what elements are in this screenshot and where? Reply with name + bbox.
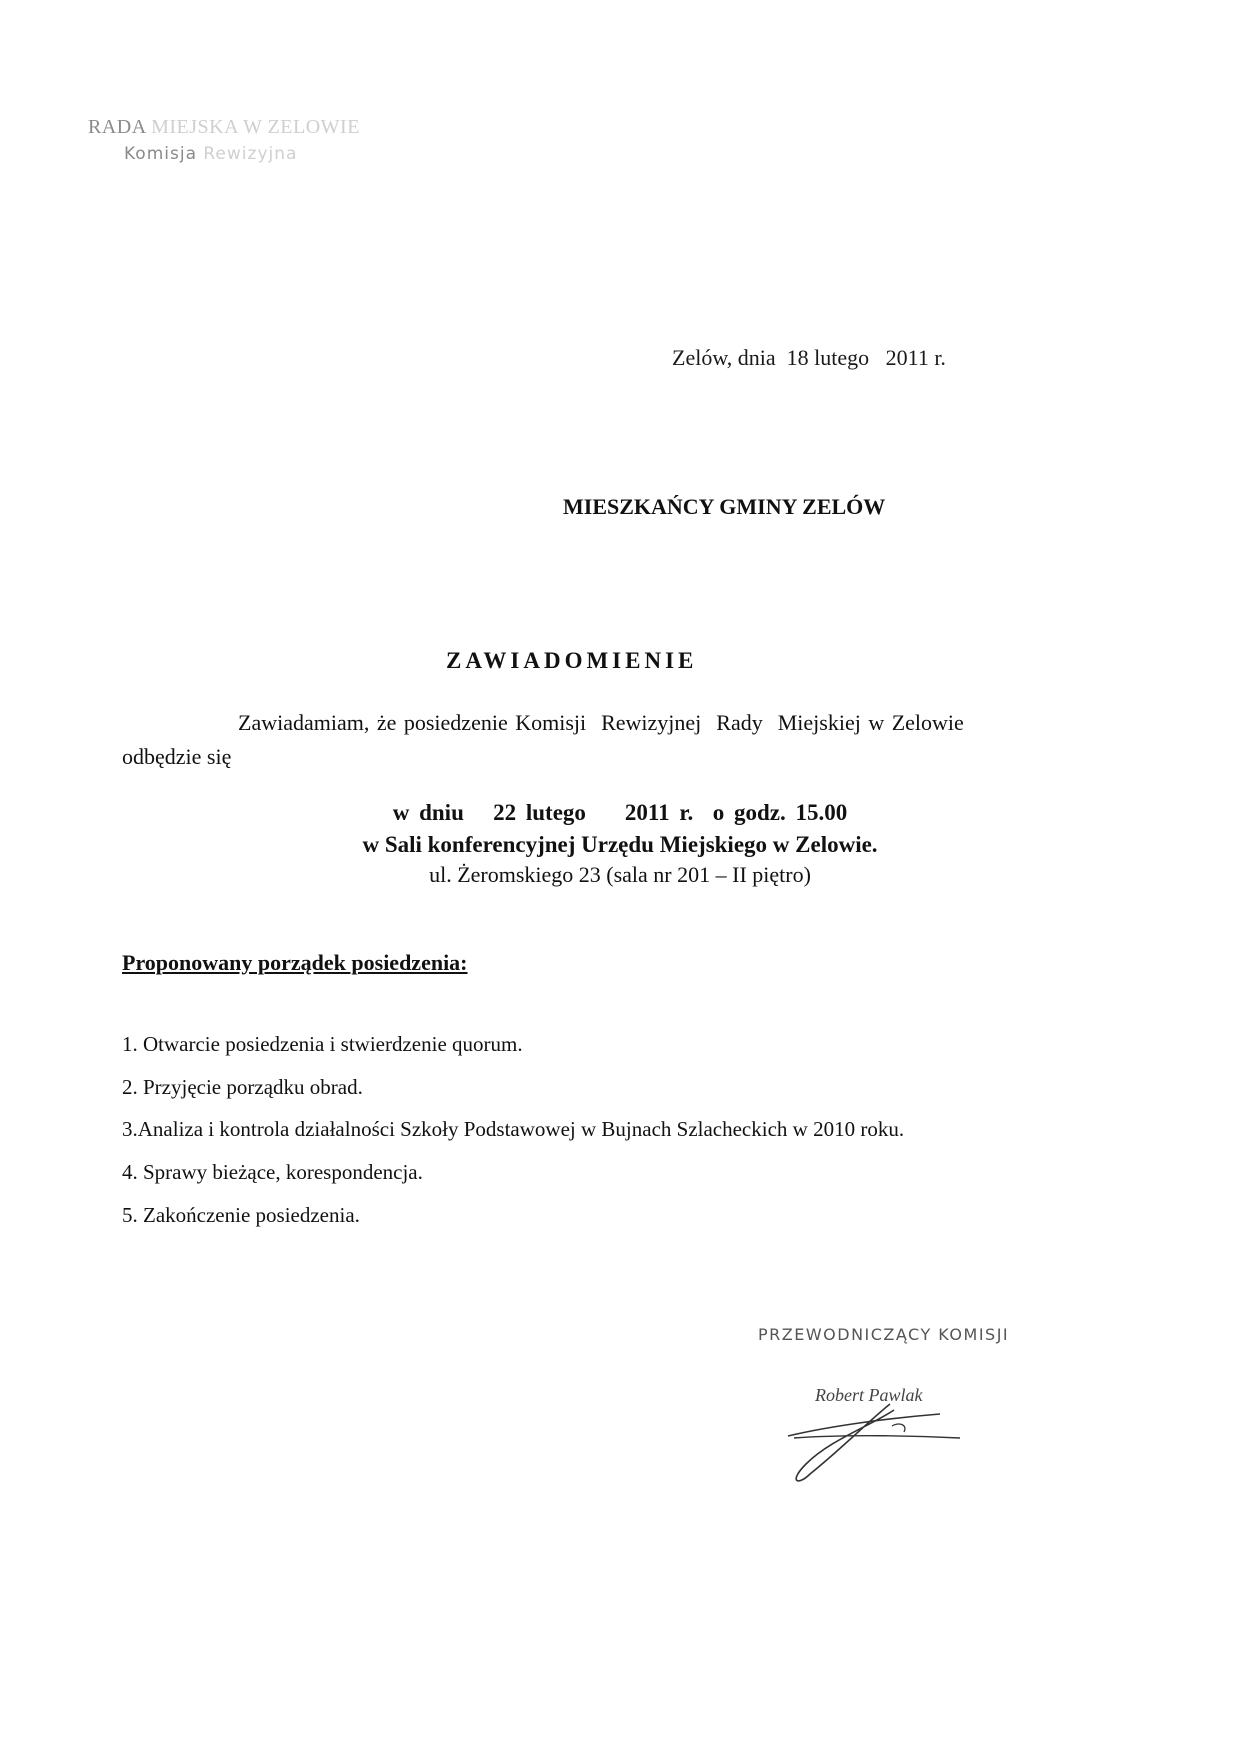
document-title: ZAWIADOMIENIE [446, 648, 697, 674]
intro-line-1: Zawiadamiam, że posiedzenie Komisji Rewi… [238, 710, 964, 736]
stamp-council: RADA MIEJSKA W ZELOWIE [88, 116, 360, 139]
intro-line-2: odbędzie się [122, 744, 231, 770]
meeting-address: ul. Żeromskiego 23 (sala nr 201 – II pię… [0, 862, 1240, 888]
agenda-heading: Proponowany porządek posiedzenia: [122, 950, 468, 976]
date-line: Zelów, dnia 18 lutego 2011 r. [672, 345, 946, 371]
stamp-commission-faded: Rewizyjna [197, 144, 297, 164]
agenda-item: 4. Sprawy bieżące, korespondencja. [122, 1160, 423, 1185]
agenda-item: 2. Przyjęcie porządku obrad. [122, 1075, 363, 1100]
stamp-council-faded: MIEJSKA W ZELOWIE [146, 116, 360, 138]
recipient: MIESZKAŃCY GMINY ZELÓW [563, 494, 885, 520]
signer-title: PRZEWODNICZĄCY KOMISJI [758, 1325, 1009, 1344]
stamp-commission-visible: Komisja [124, 144, 197, 164]
meeting-location: w Sali konferencyjnej Urzędu Miejskiego … [0, 832, 1240, 858]
stamp-council-visible: RADA [88, 116, 146, 138]
meeting-date-time: w dniu 22 lutego 2011 r. o godz. 15.00 [0, 800, 1240, 826]
agenda-item: 1. Otwarcie posiedzenia i stwierdzenie q… [122, 1032, 523, 1057]
stamp-commission: Komisja Rewizyjna [124, 144, 297, 164]
agenda-item: 5. Zakończenie posiedzenia. [122, 1203, 360, 1228]
handwritten-signature-icon [780, 1400, 970, 1490]
agenda-item: 3.Analiza i kontrola działalności Szkoły… [122, 1117, 904, 1142]
